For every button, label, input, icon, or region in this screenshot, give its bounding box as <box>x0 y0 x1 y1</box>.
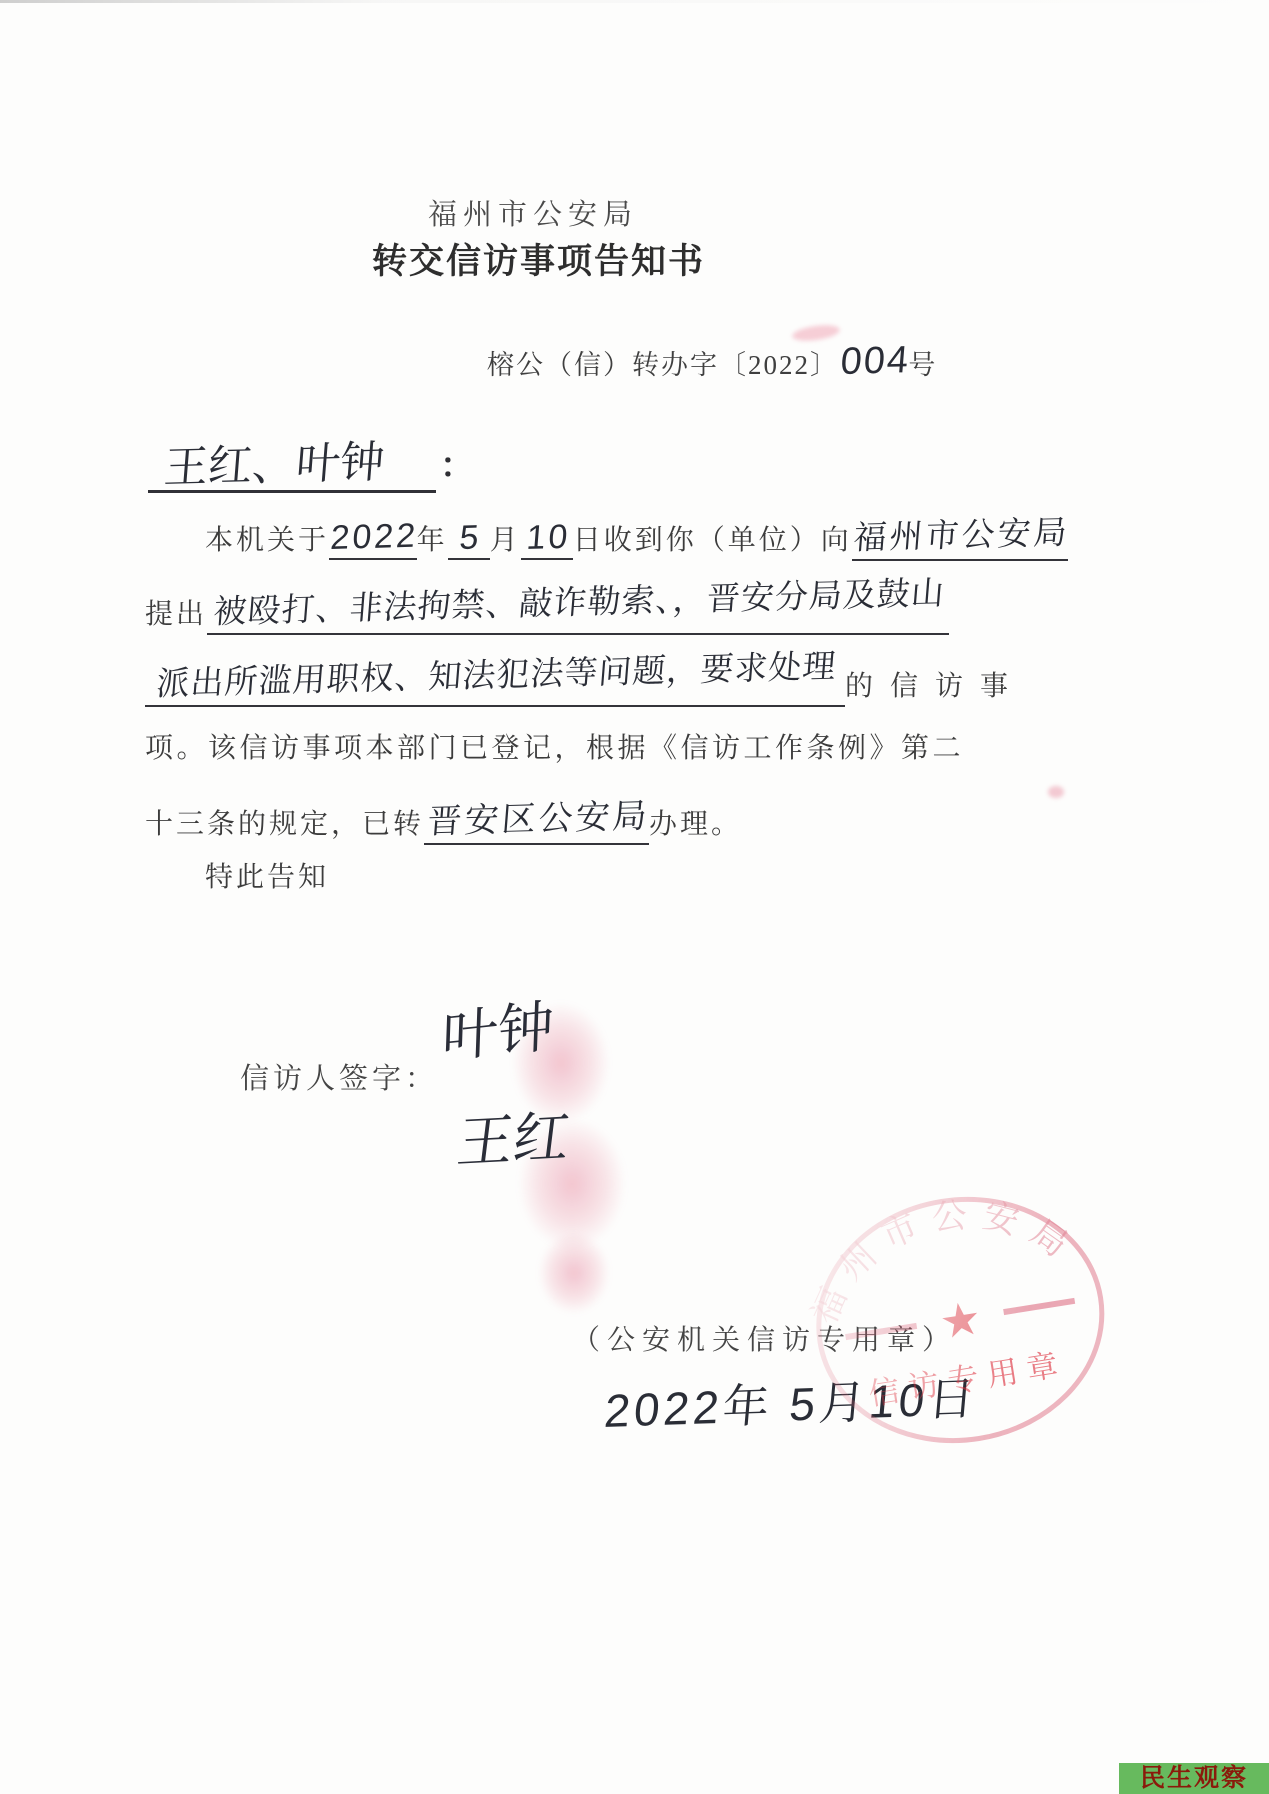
body-line1-printed4: 日收到你（单位）向 <box>573 525 852 556</box>
complaint-handwritten-2: 派出所滥用职权、知法犯法等问题，要求处理 <box>155 640 838 705</box>
transfer-org-handwritten: 晋安区公安局 <box>426 788 652 843</box>
signature-wanghong-handwritten: 王红 <box>453 1093 575 1179</box>
body-line-5: 十三条的规定，已转晋安区公安局办理。 <box>145 794 742 856</box>
month-handwritten: 5 <box>458 518 483 558</box>
closing-phrase: 特此告知 <box>205 855 329 895</box>
day-fill: 10 <box>521 519 573 560</box>
document-number-handwritten: 004 <box>839 339 912 384</box>
issuing-org-title: 福州市公安局 <box>428 192 638 233</box>
body-line3-printed: 的 信 访 事 <box>845 671 1013 702</box>
day-handwritten: 10 <box>525 518 572 558</box>
addressee-names-handwritten: 王红、叶钟 <box>148 426 387 496</box>
addressee-colon: ： <box>440 438 474 487</box>
body-line1-printed2: 年 <box>417 525 448 556</box>
seal-caption: （公安机关信访专用章） <box>572 1318 957 1358</box>
month-fill: 5 <box>448 519 490 560</box>
addressee-underline: 王红、叶钟 <box>148 432 436 493</box>
document-title: 转交信访事项告知书 <box>372 234 705 284</box>
body-line5-printed2: 办理。 <box>649 809 742 840</box>
complaint-fill-1: 被殴打、非法拘禁、敲诈勒索、，晋安分局及鼓山 <box>207 586 949 635</box>
document-number-suffix: 号 <box>908 350 937 380</box>
signature-yezhong-handwritten: 叶钟 <box>441 982 555 1074</box>
body-line1-printed1: 本机关于 <box>205 525 329 556</box>
year-fill: 2022 <box>329 519 417 560</box>
scan-edge-artifact <box>0 0 1269 3</box>
body-line5-printed1: 十三条的规定，已转 <box>145 809 424 840</box>
body-line-4: 项。该信访事项本部门已登记，根据《信访工作条例》第二 <box>145 726 964 788</box>
body-line-1: 本机关于2022年5月10日收到你（单位）向福州市公安局 <box>205 512 1068 574</box>
body-line-3: 派出所滥用职权、知法犯法等问题，要求处理的 信 访 事 <box>145 658 1013 720</box>
date-handwritten: 2022年 5月10日 <box>602 1362 981 1441</box>
year-handwritten: 2022 <box>329 517 420 558</box>
document-number: 榕公（信）转办字〔2022〕004号 <box>487 341 937 384</box>
body-line1-printed3: 月 <box>490 525 521 556</box>
seal-arc-text: 福州市公安局 <box>790 1176 1093 1335</box>
org-handwritten: 福州市公安局 <box>852 506 1072 559</box>
body-line2-printed: 提出 <box>145 599 207 630</box>
watermark-badge: 民生观察 <box>1119 1763 1269 1794</box>
fingerprint-mark <box>538 1232 610 1314</box>
seal-dash-right <box>1003 1298 1075 1315</box>
transfer-org-fill: 晋安区公安局 <box>424 794 649 845</box>
scanned-document-page: 福州市公安局 转交信访事项告知书 榕公（信）转办字〔2022〕004号 王红、叶… <box>0 0 1269 1794</box>
complaint-fill-2: 派出所滥用职权、知法犯法等问题，要求处理 <box>145 658 845 707</box>
petitioner-signature-label: 信访人签字： <box>240 1056 438 1097</box>
org-fill: 福州市公安局 <box>852 512 1068 561</box>
body-line-2: 提出被殴打、非法拘禁、敲诈勒索、，晋安分局及鼓山 <box>145 586 949 648</box>
document-number-prefix: 榕公（信）转办字〔2022〕 <box>487 350 839 380</box>
complaint-handwritten-1: 被殴打、非法拘禁、敲诈勒索、，晋安分局及鼓山 <box>212 567 947 633</box>
pink-scan-dot <box>1048 786 1064 798</box>
